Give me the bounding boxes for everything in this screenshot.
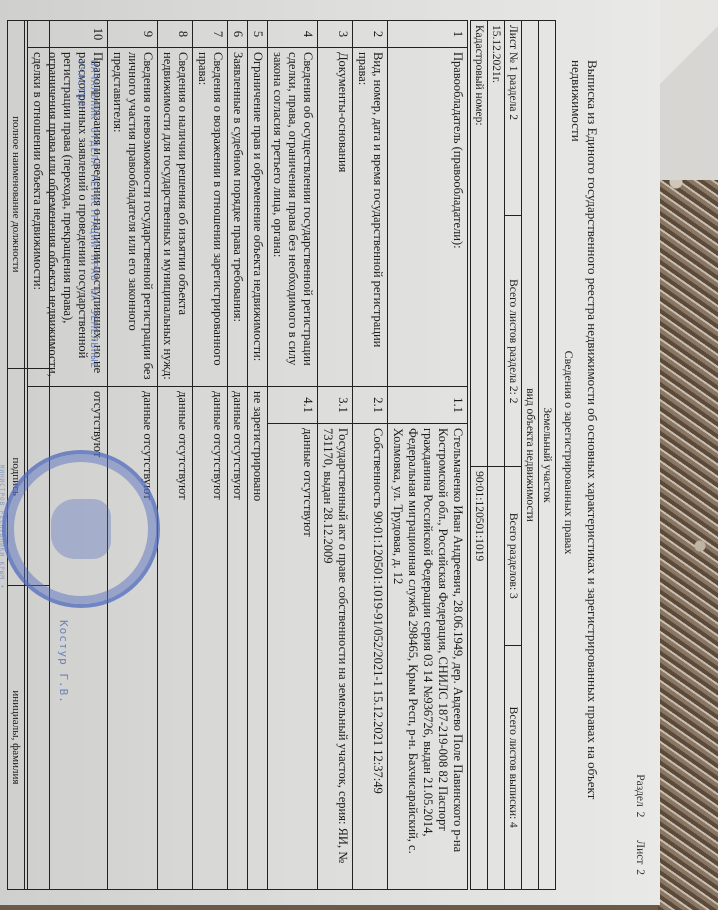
cadastral-label: Кадастровый номер: xyxy=(471,21,488,467)
seal-text: МИНИСТРОВ РЕСПУБЛИКИ КРЫМ • ГОСУДАРСТВЕН… xyxy=(0,452,5,602)
table-row: 2Вид, номер, дата и время государственно… xyxy=(353,21,388,890)
row-value: данные отсутствуют xyxy=(228,387,248,890)
row-value: не зарегистрировано xyxy=(248,387,268,890)
official-seal xyxy=(2,450,160,608)
row-label: Правообладатель (правообладатели): xyxy=(388,48,468,387)
row-label: Документы-основания xyxy=(318,48,353,387)
coat-of-arms-icon xyxy=(51,499,111,559)
total-sheets-section: Всего листов раздела 2: 2 xyxy=(505,216,522,467)
row-number: 8 xyxy=(158,21,193,48)
row-value: данные отсутствуют xyxy=(158,387,193,890)
document-photo: Раздел 2 Лист 2 Выписка из Единого госуд… xyxy=(0,0,718,910)
row-label: Сведения об осуществлении государственно… xyxy=(268,48,318,387)
row-number: 9 xyxy=(108,21,158,48)
table-row: 5Ограничение прав и обременение объекта … xyxy=(248,21,268,890)
row-label: Заявленные в судебном порядке права треб… xyxy=(228,48,248,387)
position-stamp: НАЧАЛЬНИК ОТДЕЛА РЕГИСТРАЦИИ ПРАВ НА ЗЕМ… xyxy=(74,60,100,390)
row-label: Сведения о невозможности государственной… xyxy=(108,48,158,387)
row-label: Сведения о наличии решения об изъятии об… xyxy=(158,48,193,387)
sheet-label: Лист 2 xyxy=(634,840,646,875)
row-number: 4 xyxy=(268,21,318,48)
object-type-caption: вид объекта недвижимости xyxy=(522,21,539,890)
row-number: 2 xyxy=(353,21,388,48)
table-row: 1Правообладатель (правообладатели):1.1Ст… xyxy=(388,21,468,890)
signature-table: полное наименование должности подпись ин… xyxy=(7,20,50,890)
table-row: 8Сведения о наличии решения об изъятии о… xyxy=(158,21,193,890)
row-value: данные отсутствуют xyxy=(268,424,318,890)
row-number: 3 xyxy=(318,21,353,48)
row-subnumber: 3.1 xyxy=(318,387,353,424)
row-number: 7 xyxy=(193,21,228,48)
extract-sheet: Раздел 2 Лист 2 Выписка из Единого госуд… xyxy=(0,0,660,905)
table-row: 3Документы-основания3.1Государственный а… xyxy=(318,21,353,890)
row-value: Стельмаченко Иван Андреевич, 28.06.1949,… xyxy=(388,424,468,890)
table-row: 4Сведения об осуществлении государственн… xyxy=(268,21,318,890)
table-row: 6Заявленные в судебном порядке права тре… xyxy=(228,21,248,890)
row-value: Собственность 90:01:120501:1019-91/052/2… xyxy=(353,424,388,890)
extract-date: 15.12.2021г. xyxy=(488,21,505,467)
row-subnumber: 2.1 xyxy=(353,387,388,424)
sheet-of-section: Лист № 1 раздела 2 xyxy=(505,21,522,216)
row-subnumber: 4.1 xyxy=(268,387,318,424)
row-value: данные отсутствуют xyxy=(193,387,228,890)
total-sheets-extract: Всего листов выписки: 4 xyxy=(505,645,522,890)
row-label: Ограничение прав и обременение объекта н… xyxy=(248,48,268,387)
row-label: Сведения о возражении в отношении зареги… xyxy=(193,48,228,387)
row-subnumber: 1.1 xyxy=(388,387,468,424)
cadastral-number: 90:01:120501:1019 xyxy=(471,467,488,890)
object-type-value: Земельный участок xyxy=(539,21,556,890)
row-label: Вид, номер, дата и время государственной… xyxy=(353,48,388,387)
page-header: Раздел 2 Лист 2 xyxy=(634,756,646,875)
section-label: Раздел 2 xyxy=(634,774,646,817)
row-number: 1 xyxy=(388,21,468,48)
meta-table: Земельный участок вид объекта недвижимос… xyxy=(470,20,556,890)
name-stamp: Костур Г.В. xyxy=(57,620,70,704)
document-subtitle: Сведения о зарегистрированных правах xyxy=(561,0,576,905)
row-value: Государственный акт о праве собственност… xyxy=(318,424,353,890)
row-number: 6 xyxy=(228,21,248,48)
table-row: 9Сведения о невозможности государственно… xyxy=(108,21,158,890)
table-row: 7Сведения о возражении в отношении зарег… xyxy=(193,21,228,890)
position-caption: полное наименование должности xyxy=(8,21,25,369)
name-caption: инициалы, фамилия xyxy=(8,585,25,889)
total-sections: Всего разделов: 3 xyxy=(505,467,522,645)
row-number: 5 xyxy=(248,21,268,48)
